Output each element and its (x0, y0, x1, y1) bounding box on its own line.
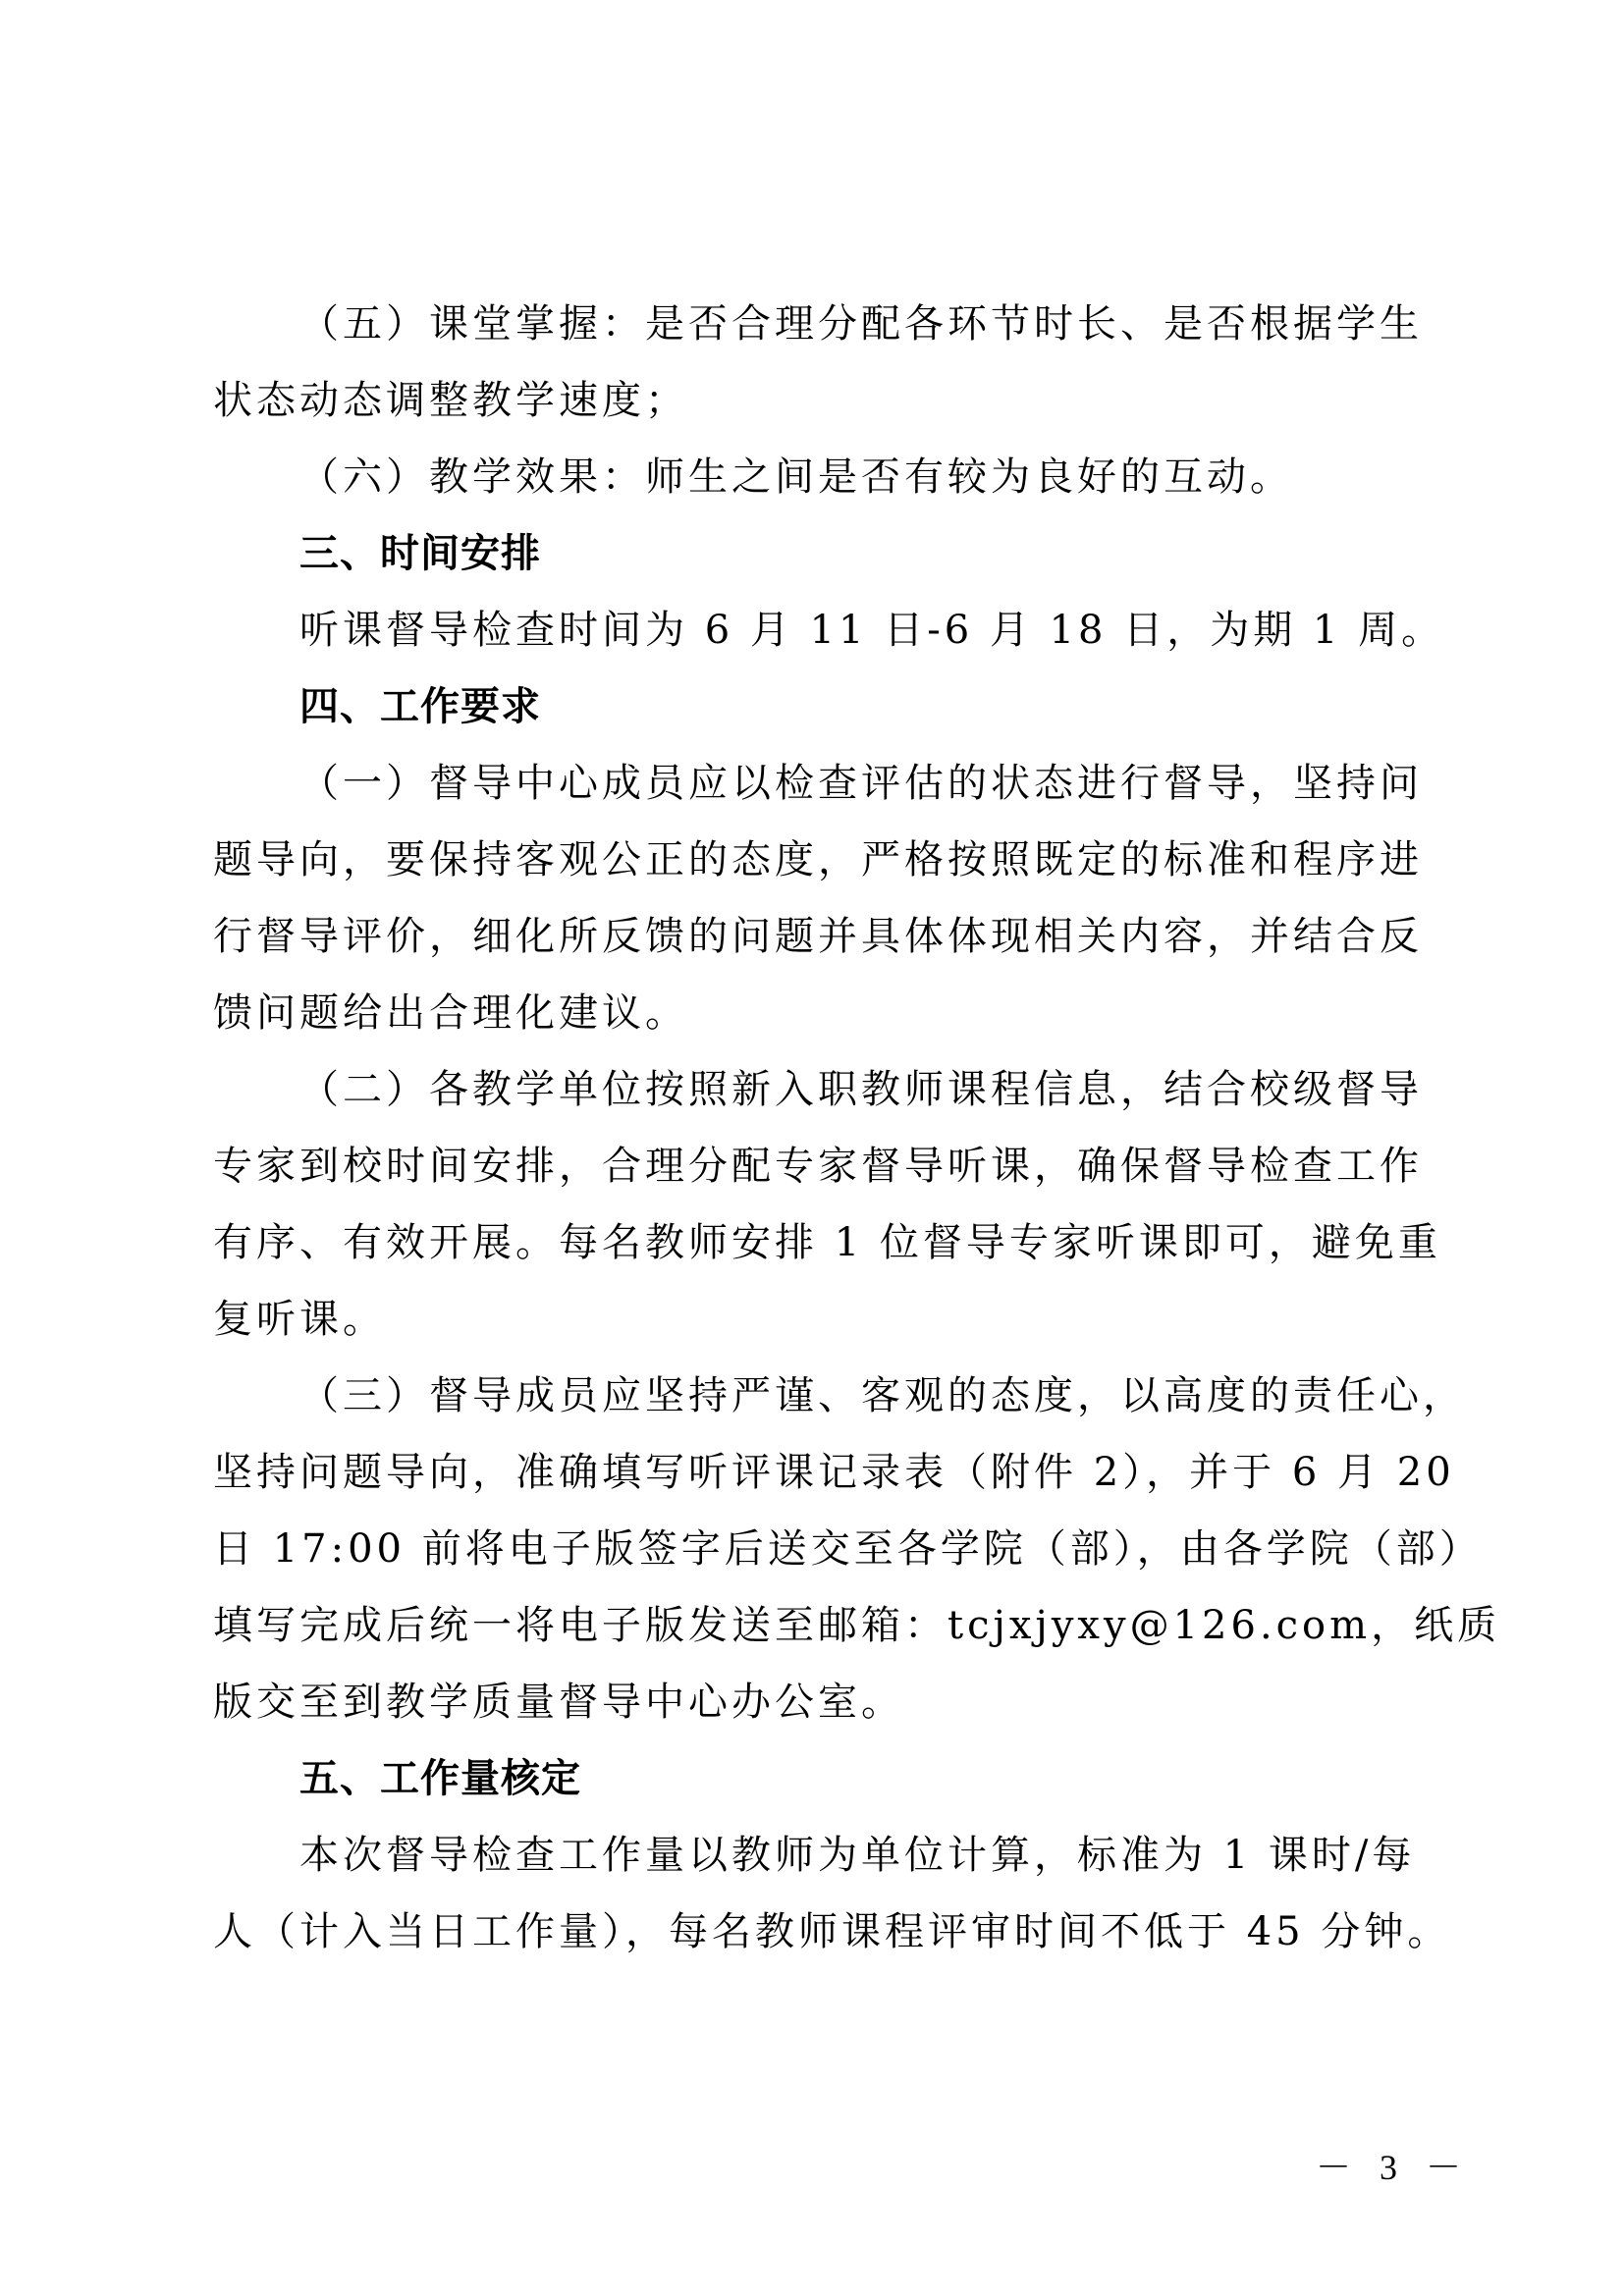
item-5-line-2: 状态动态调整教学速度； (213, 362, 688, 439)
req-2-line-1: （二）各教学单位按照新入职教师课程信息，结合校级督导 (299, 1051, 1423, 1128)
req-3-line-5: 版交至到教学质量督导中心办公室。 (213, 1664, 904, 1740)
section-heading-schedule: 三、时间安排 (299, 515, 541, 592)
req-3-line-4: 填写完成后统一将电子版发送至邮箱：tcjxjyxy@126.com，纸质 (213, 1587, 1500, 1664)
req-1-line-2: 题导向，要保持客观公正的态度，严格按照既定的标准和程序进 (213, 822, 1423, 898)
page-number: － 3 － (1316, 2140, 1471, 2190)
req-2-line-4: 复听课。 (213, 1281, 386, 1358)
workload-line-1: 本次督导检查工作量以教师为单位计算，标准为 1 课时/每 (299, 1817, 1415, 1894)
schedule-text: 听课督导检查时间为 6 月 11 日-6 月 18 日，为期 1 周。 (299, 592, 1444, 668)
req-1-line-1: （一）督导中心成员应以检查评估的状态进行督导，坚持问 (299, 745, 1423, 822)
req-2-line-2: 专家到校时间安排，合理分配专家督导听课，确保督导检查工作 (213, 1128, 1423, 1204)
req-2-line-3: 有序、有效开展。每名教师安排 1 位督导专家听课即可，避免重 (213, 1204, 1441, 1281)
item-6-line-1: （六）教学效果：师生之间是否有较为良好的互动。 (299, 439, 1293, 515)
workload-line-2: 人（计入当日工作量），每名教师课程评审时间不低于 45 分钟。 (213, 1894, 1450, 1970)
section-heading-requirements: 四、工作要求 (299, 668, 541, 745)
req-3-line-2: 坚持问题导向，准确填写听评课记录表（附件 2），并于 6 月 20 (213, 1434, 1455, 1511)
req-3-line-1: （三）督导成员应坚持严谨、客观的态度，以高度的责任心， (299, 1358, 1466, 1434)
section-heading-workload: 五、工作量核定 (299, 1740, 581, 1817)
item-5-line-1: （五）课堂掌握：是否合理分配各环节时长、是否根据学生 (299, 286, 1423, 362)
req-1-line-3: 行督导评价，细化所反馈的问题并具体体现相关内容，并结合反 (213, 898, 1423, 975)
req-1-line-4: 馈问题给出合理化建议。 (213, 975, 688, 1051)
req-3-line-3: 日 17:00 前将电子版签字后送交至各学院（部），由各学院（部） (213, 1511, 1483, 1587)
